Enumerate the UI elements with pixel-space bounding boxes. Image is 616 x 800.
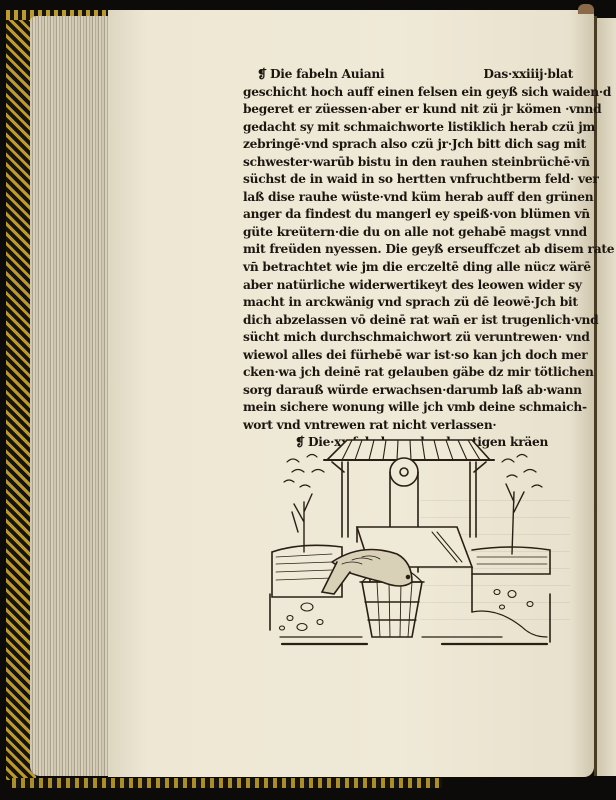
text-line: anger da findest du mangerl ey speiß·von… <box>243 206 573 224</box>
text-line: vn̄ betrachtet wie jm die erczeltē ding … <box>243 259 573 277</box>
text-line: mit freüden nyessen. Die geyß erseuffcze… <box>243 241 573 259</box>
text-line: zebringē·vnd sprach also czü jr·Jch bitt… <box>243 136 573 154</box>
running-head-title: Die fabeln Auiani <box>270 67 384 81</box>
page-edges <box>30 16 110 776</box>
woodcut-illustration <box>262 432 562 646</box>
text-line: macht in arckwänig vnd sprach zü dē leow… <box>243 294 573 312</box>
text-line: geschicht hoch auff einen felsen ein gey… <box>243 84 573 102</box>
facing-page <box>597 18 616 776</box>
binding-cover-bottom <box>12 778 442 788</box>
text-line: dich abzelassen vō deinē rat wan̄ er ist… <box>243 312 573 330</box>
text-line: sorg darauß würde erwachsen·darumb laß a… <box>243 382 573 400</box>
text-line: wiewol alles dei fürhebē war ist·so kan … <box>243 347 573 365</box>
folio-number: Das·xxiiij·blat <box>483 66 573 84</box>
text-line: schwester·warūb bistu in den rauhen stei… <box>243 154 573 172</box>
text-line: begeret er züessen·aber er kund nit zü j… <box>243 101 573 119</box>
text-line: laß dise rauhe wüste·vnd küm herab auff … <box>243 189 573 207</box>
text-line: güte kreütern·die du on alle not gehabē … <box>243 224 573 242</box>
text-block: ❡Die fabeln Auiani Das·xxiiij·blat gesch… <box>243 66 573 452</box>
running-head: ❡Die fabeln Auiani Das·xxiiij·blat <box>243 66 573 84</box>
text-line: mein sichere wonung wille jch vmb deine … <box>243 399 573 417</box>
text-line: sücht mich durchschmaichwort zü veruntre… <box>243 329 573 347</box>
text-line: gedacht sy mit schmaichworte listiklich … <box>243 119 573 137</box>
text-line: aber natürliche widerwertikeyt des leowe… <box>243 277 573 295</box>
text-line: süchst de in waid in so hertten vnfrucht… <box>243 171 573 189</box>
pilcrow-icon: ❡ <box>257 67 267 81</box>
page-clip <box>578 4 594 14</box>
text-line: cken·wa jch deinē rat gelauben gäbe dz m… <box>243 364 573 382</box>
